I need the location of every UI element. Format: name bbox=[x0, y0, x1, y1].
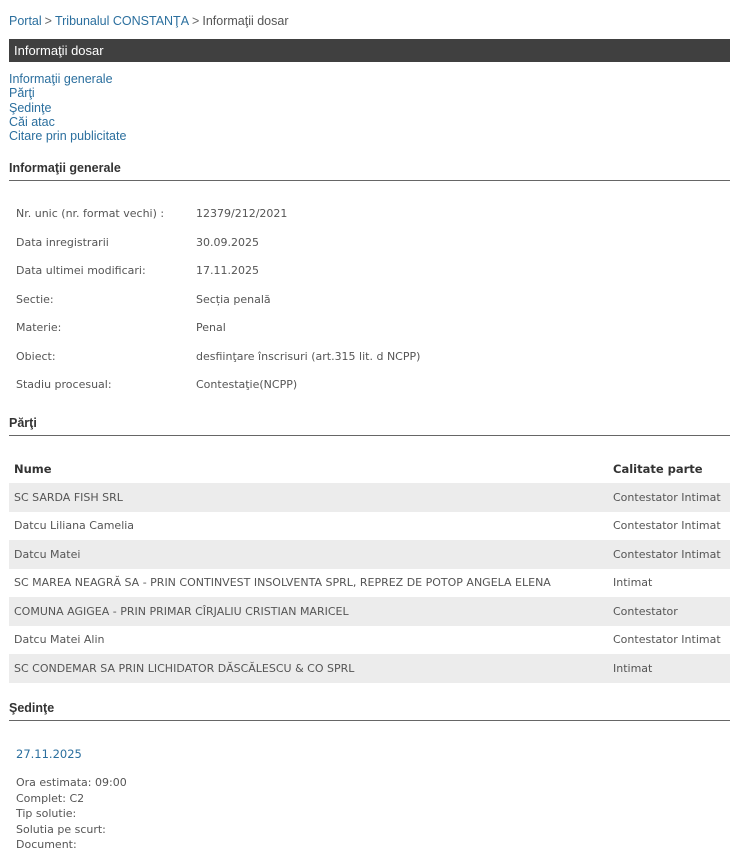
section-heading-parti: Părţi bbox=[9, 416, 730, 436]
table-row: SC SARDA FISH SRLContestator Intimat bbox=[9, 483, 730, 512]
general-info-list: Nr. unic (nr. format vechi) :12379/212/2… bbox=[16, 207, 420, 407]
section-heading-sedinte: Şedinţe bbox=[9, 701, 730, 721]
sedinta-complet: Complet: C2 bbox=[16, 791, 127, 807]
party-name-cell: Datcu Liliana Camelia bbox=[9, 512, 608, 541]
breadcrumb-portal-link[interactable]: Portal bbox=[9, 14, 42, 28]
party-role-cell: Intimat bbox=[608, 654, 730, 683]
breadcrumb-tribunal-link[interactable]: Tribunalul CONSTANŢA bbox=[55, 14, 189, 28]
table-row: Datcu Matei AlinContestator Intimat bbox=[9, 626, 730, 655]
info-row: Sectie:Secția penală bbox=[16, 293, 420, 322]
toc-link-citare-prin-publicitate[interactable]: Citare prin publicitate bbox=[9, 129, 126, 143]
party-role-cell: Intimat bbox=[608, 569, 730, 598]
party-role-cell: Contestator Intimat bbox=[608, 483, 730, 512]
info-label: Materie: bbox=[16, 321, 196, 350]
info-row: Materie:Penal bbox=[16, 321, 420, 350]
info-label: Data ultimei modificari: bbox=[16, 264, 196, 293]
info-value: 12379/212/2021 bbox=[196, 207, 287, 236]
table-row: Datcu MateiContestator Intimat bbox=[9, 540, 730, 569]
info-label: Sectie: bbox=[16, 293, 196, 322]
party-role-cell: Contestator Intimat bbox=[608, 512, 730, 541]
toc-link-parti[interactable]: Părţi bbox=[9, 86, 126, 100]
party-name-cell: SC MAREA NEAGRĂ SA - PRIN CONTINVEST INS… bbox=[9, 569, 608, 598]
info-value: Secția penală bbox=[196, 293, 271, 322]
info-value: Contestaţie(NCPP) bbox=[196, 378, 297, 407]
table-row: SC MAREA NEAGRĂ SA - PRIN CONTINVEST INS… bbox=[9, 569, 730, 598]
sedinta-details: Ora estimata: 09:00 Complet: C2 Tip solu… bbox=[16, 775, 127, 853]
info-label: Data inregistrarii bbox=[16, 236, 196, 265]
column-header-nume: Nume bbox=[9, 455, 608, 483]
party-role-cell: Contestator Intimat bbox=[608, 626, 730, 655]
toc-link-informatii-generale[interactable]: Informaţii generale bbox=[9, 72, 126, 86]
toc-link-cai-atac[interactable]: Căi atac bbox=[9, 115, 126, 129]
info-row: Data ultimei modificari:17.11.2025 bbox=[16, 264, 420, 293]
party-name-cell: COMUNA AGIGEA - PRIN PRIMAR CÎRJALIU CRI… bbox=[9, 597, 608, 626]
breadcrumb-separator: > bbox=[45, 14, 52, 28]
page-title-bar: Informaţii dosar bbox=[9, 39, 730, 62]
section-heading-informatii-generale: Informaţii generale bbox=[9, 161, 730, 181]
party-role-cell: Contestator Intimat bbox=[608, 540, 730, 569]
info-row: Nr. unic (nr. format vechi) :12379/212/2… bbox=[16, 207, 420, 236]
table-row: SC CONDEMAR SA PRIN LICHIDATOR DĂSCĂLESC… bbox=[9, 654, 730, 683]
info-value: desfiinţare înscrisuri (art.315 lit. d N… bbox=[196, 350, 420, 379]
table-header-row: Nume Calitate parte bbox=[9, 455, 730, 483]
breadcrumb-separator: > bbox=[192, 14, 199, 28]
party-role-cell: Contestator bbox=[608, 597, 730, 626]
info-label: Nr. unic (nr. format vechi) : bbox=[16, 207, 196, 236]
column-header-calitate-parte: Calitate parte bbox=[608, 455, 730, 483]
party-name-cell: SC CONDEMAR SA PRIN LICHIDATOR DĂSCĂLESC… bbox=[9, 654, 608, 683]
party-name-cell: Datcu Matei Alin bbox=[9, 626, 608, 655]
info-value: Penal bbox=[196, 321, 226, 350]
table-of-contents: Informaţii generale Părţi Şedinţe Căi at… bbox=[9, 72, 126, 143]
sedinta-document: Document: bbox=[16, 837, 127, 853]
info-row: Obiect:desfiinţare înscrisuri (art.315 l… bbox=[16, 350, 420, 379]
sedinta-date-link[interactable]: 27.11.2025 bbox=[16, 747, 82, 761]
info-row: Stadiu procesual:Contestaţie(NCPP) bbox=[16, 378, 420, 407]
table-row: Datcu Liliana CameliaContestator Intimat bbox=[9, 512, 730, 541]
sedinta-tip-solutie: Tip solutie: bbox=[16, 806, 127, 822]
parti-table: Nume Calitate parte SC SARDA FISH SRLCon… bbox=[9, 455, 730, 683]
info-label: Obiect: bbox=[16, 350, 196, 379]
breadcrumb: Portal>Tribunalul CONSTANŢA>Informaţii d… bbox=[9, 14, 289, 28]
table-row: COMUNA AGIGEA - PRIN PRIMAR CÎRJALIU CRI… bbox=[9, 597, 730, 626]
info-value: 17.11.2025 bbox=[196, 264, 259, 293]
party-name-cell: SC SARDA FISH SRL bbox=[9, 483, 608, 512]
party-name-cell: Datcu Matei bbox=[9, 540, 608, 569]
toc-link-sedinte[interactable]: Şedinţe bbox=[9, 101, 126, 115]
info-value: 30.09.2025 bbox=[196, 236, 259, 265]
breadcrumb-current: Informaţii dosar bbox=[202, 14, 288, 28]
sedinta-solutia-pe-scurt: Solutia pe scurt: bbox=[16, 822, 127, 838]
info-row: Data inregistrarii30.09.2025 bbox=[16, 236, 420, 265]
info-label: Stadiu procesual: bbox=[16, 378, 196, 407]
sedinta-ora-estimata: Ora estimata: 09:00 bbox=[16, 775, 127, 791]
